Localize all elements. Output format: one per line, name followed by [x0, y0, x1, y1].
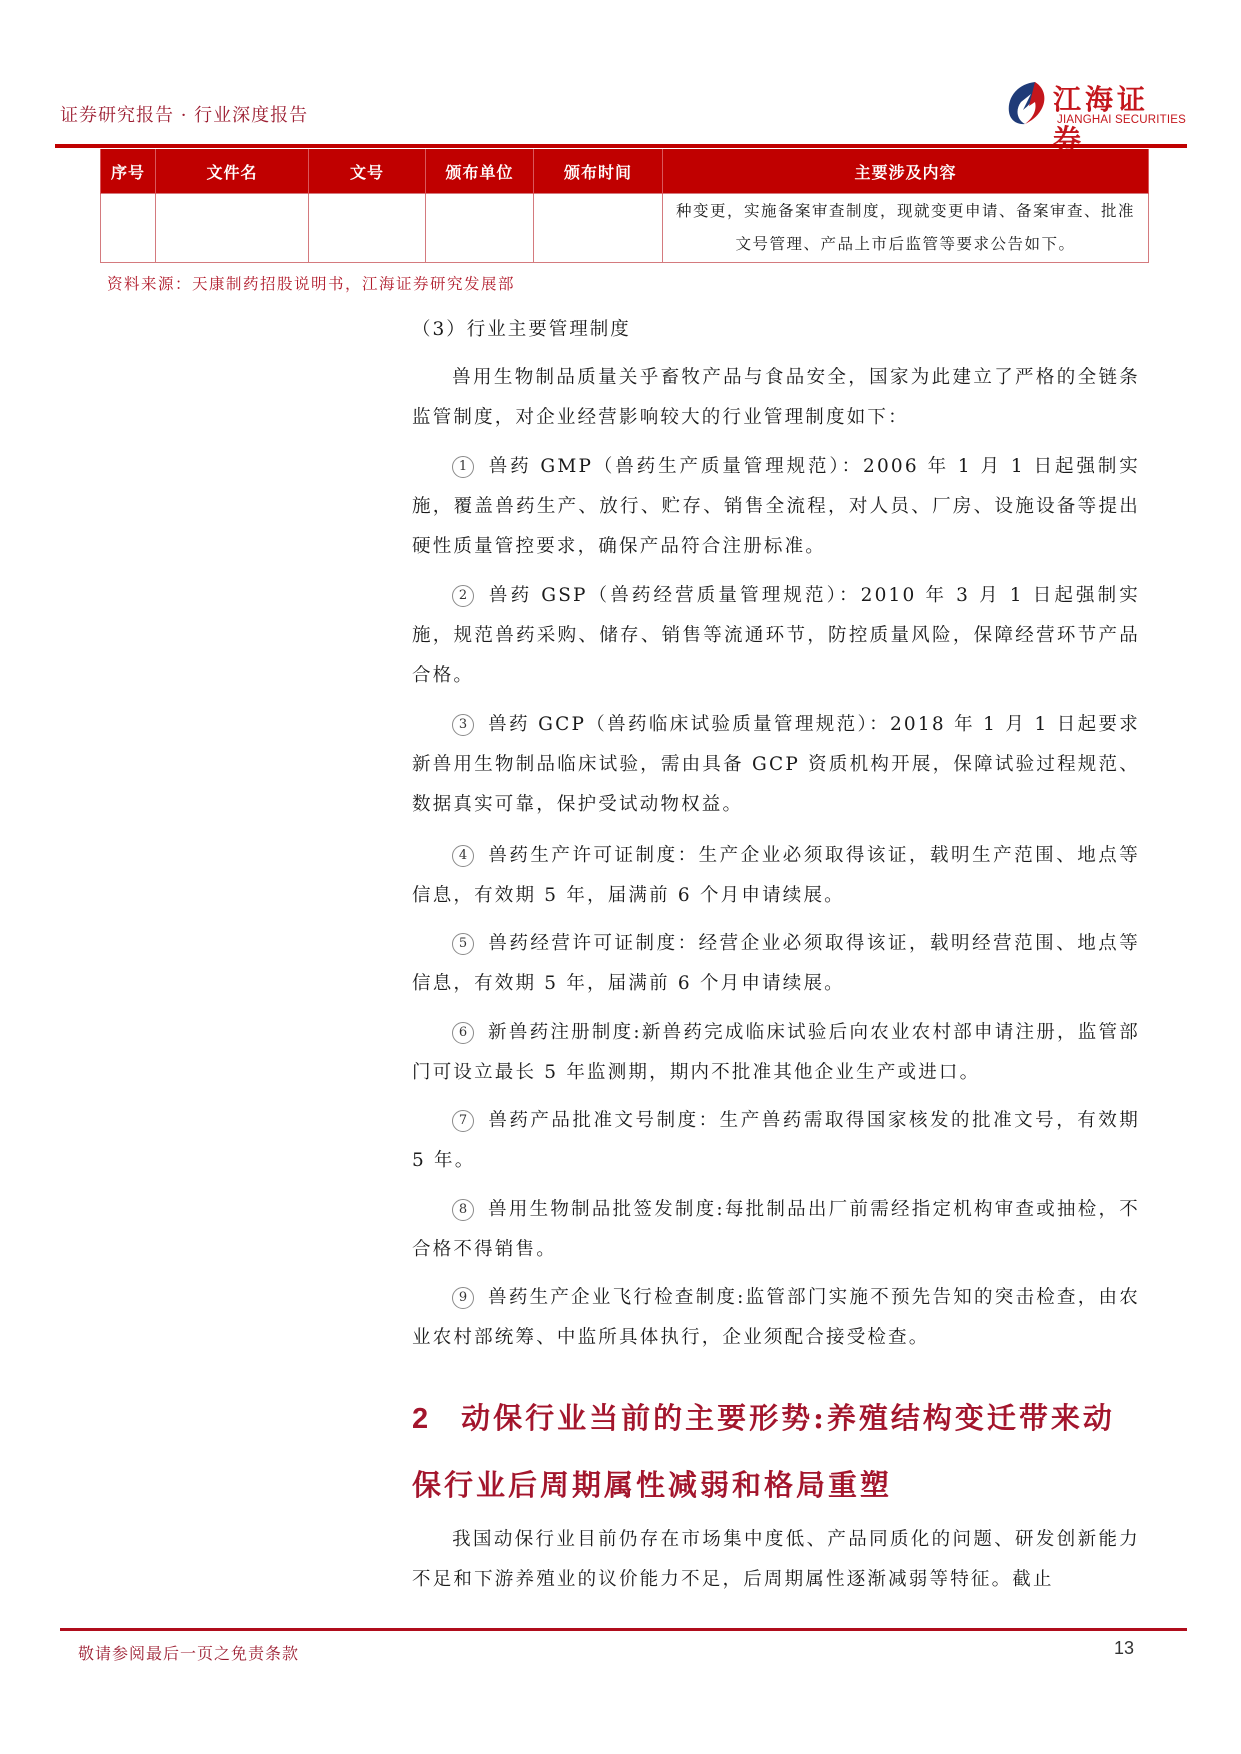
page-number: 13	[1114, 1638, 1134, 1659]
circled-number-icon: 5	[452, 933, 474, 955]
list-item: 3兽药 GCP（兽药临床试验质量管理规范）：2018 年 1 月 1 日起要求新…	[412, 705, 1140, 825]
intro-text: 兽用生物制品质量关乎畜牧产品与食品安全，国家为此建立了严格的全链条监管制度，对企…	[412, 367, 1140, 428]
table-cell-filename	[156, 194, 309, 263]
table-cell-index	[101, 194, 156, 263]
circled-number-icon: 4	[452, 845, 474, 867]
intro-paragraph: 兽用生物制品质量关乎畜牧产品与食品安全，国家为此建立了严格的全链条监管制度，对企…	[412, 358, 1140, 438]
table-cell-doc-number	[309, 194, 426, 263]
section-number: 2	[412, 1403, 431, 1435]
circled-number-icon: 3	[452, 714, 474, 736]
table-cell-main-content: 种变更，实施备案审查制度，现就变更申请、备案审查、批准文号管理、产品上市后监管等…	[663, 194, 1149, 263]
section-heading: 2动保行业当前的主要形势:养殖结构变迁带来动保行业后周期属性减弱和格局重塑	[412, 1385, 1142, 1518]
circled-number-icon: 9	[452, 1287, 474, 1309]
table-source-note: 资料来源：天康制药招股说明书，江海证券研究发展部	[107, 272, 515, 294]
list-item-text: 兽药生产许可证制度：生产企业必须取得该证，载明生产范围、地点等信息，有效期 5 …	[412, 845, 1140, 906]
list-item: 6新兽药注册制度:新兽药完成临床试验后向农业农村部申请注册，监管部门可设立最长 …	[412, 1013, 1140, 1093]
table-row: 种变更，实施备案审查制度，现就变更申请、备案审查、批准文号管理、产品上市后监管等…	[101, 194, 1149, 263]
list-item: 4兽药生产许可证制度：生产企业必须取得该证，载明生产范围、地点等信息，有效期 5…	[412, 836, 1140, 916]
circled-number-icon: 2	[452, 585, 474, 607]
list-item: 7兽药产品批准文号制度：生产兽药需取得国家核发的批准文号，有效期 5 年。	[412, 1101, 1140, 1181]
list-item-text: 新兽药注册制度:新兽药完成临床试验后向农业农村部申请注册，监管部门可设立最长 5…	[412, 1022, 1140, 1083]
column-header-doc-number: 文号	[309, 149, 426, 194]
list-item: 5兽药经营许可证制度：经营企业必须取得该证，载明经营范围、地点等信息，有效期 5…	[412, 924, 1140, 1004]
list-item-text: 兽用生物制品批签发制度:每批制品出厂前需经指定机构审查或抽检，不合格不得销售。	[412, 1199, 1140, 1260]
header-divider	[55, 144, 1187, 148]
table-cell-issuer	[426, 194, 534, 263]
section-title-text: 动保行业当前的主要形势:养殖结构变迁带来动保行业后周期属性减弱和格局重塑	[412, 1401, 1115, 1502]
list-item-text: 兽药经营许可证制度：经营企业必须取得该证，载明经营范围、地点等信息，有效期 5 …	[412, 933, 1140, 994]
list-item-text: 兽药 GSP（兽药经营质量管理规范）：2010 年 3 月 1 日起强制实施，规…	[412, 585, 1140, 686]
closing-paragraph: 我国动保行业目前仍存在市场集中度低、产品同质化的问题、研发创新能力不足和下游养殖…	[412, 1520, 1140, 1600]
report-header-title: 证券研究报告 · 行业深度报告	[60, 101, 308, 127]
footer-divider	[60, 1628, 1187, 1631]
disclaimer-note: 敬请参阅最后一页之免责条款	[78, 1641, 299, 1664]
subheading: （3）行业主要管理制度	[412, 315, 631, 341]
circled-number-icon: 7	[452, 1110, 474, 1132]
closing-text: 我国动保行业目前仍存在市场集中度低、产品同质化的问题、研发创新能力不足和下游养殖…	[412, 1529, 1140, 1590]
brand-logo: 江海证券 JIANGHAI SECURITIES	[1005, 78, 1180, 128]
table-header-row: 序号 文件名 文号 颁布单位 颁布时间 主要涉及内容	[101, 149, 1149, 194]
list-item: 9兽药生产企业飞行检查制度:监管部门实施不预先告知的突击检查，由农业农村部统筹、…	[412, 1278, 1140, 1358]
list-item-text: 兽药生产企业飞行检查制度:监管部门实施不预先告知的突击检查，由农业农村部统筹、中…	[412, 1287, 1140, 1348]
list-item-text: 兽药产品批准文号制度：生产兽药需取得国家核发的批准文号，有效期 5 年。	[412, 1110, 1140, 1171]
list-item: 2兽药 GSP（兽药经营质量管理规范）：2010 年 3 月 1 日起强制实施，…	[412, 576, 1140, 696]
column-header-issuer: 颁布单位	[426, 149, 534, 194]
list-item-text: 兽药 GMP（兽药生产质量管理规范）：2006 年 1 月 1 日起强制实施，覆…	[412, 456, 1140, 557]
logo-name-en: JIANGHAI SECURITIES	[1057, 114, 1186, 126]
column-header-index: 序号	[101, 149, 156, 194]
circled-number-icon: 8	[452, 1199, 474, 1221]
circled-number-icon: 6	[452, 1022, 474, 1044]
list-item-text: 兽药 GCP（兽药临床试验质量管理规范）：2018 年 1 月 1 日起要求新兽…	[412, 714, 1140, 815]
column-header-filename: 文件名	[156, 149, 309, 194]
regulation-table: 序号 文件名 文号 颁布单位 颁布时间 主要涉及内容 种变更，实施备案审查制度，…	[100, 149, 1149, 263]
list-item: 8兽用生物制品批签发制度:每批制品出厂前需经指定机构审查或抽检，不合格不得销售。	[412, 1190, 1140, 1270]
jianghai-logo-icon	[1005, 80, 1049, 126]
list-item: 1兽药 GMP（兽药生产质量管理规范）：2006 年 1 月 1 日起强制实施，…	[412, 447, 1140, 567]
circled-number-icon: 1	[452, 456, 474, 478]
column-header-issue-date: 颁布时间	[534, 149, 663, 194]
column-header-main-content: 主要涉及内容	[663, 149, 1149, 194]
table-cell-issue-date	[534, 194, 663, 263]
